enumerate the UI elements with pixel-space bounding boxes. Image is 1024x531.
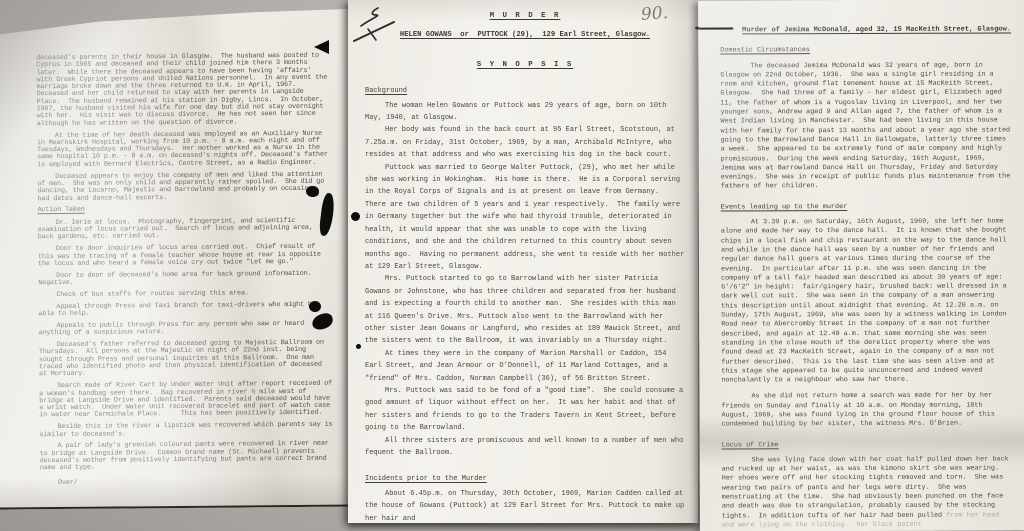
paragraph: At 3.30 p.m. on Saturday, 16th August, 1… <box>721 218 1015 386</box>
section-heading-action-taken: Action Taken <box>38 205 332 215</box>
section-heading-locus: Locus of Crime <box>722 440 1015 450</box>
pencil-scribble-icon <box>348 2 400 52</box>
page-footer-over: Over/ <box>40 477 334 487</box>
left-page: deceased's parents in their house in Gla… <box>0 8 370 509</box>
paragraph: Deceased appears to enjoy the company of… <box>37 171 331 203</box>
document-scan-background: deceased's parents in their house in Gla… <box>0 0 1024 531</box>
paragraph: Dr. Imrie at locus. Photography, fingerp… <box>38 217 332 241</box>
synopsis-heading: S Y N O P S I S <box>365 59 685 71</box>
paragraph: Deceased's father referred to deceased g… <box>39 340 333 379</box>
paragraph: Appeals to public through Press for any … <box>39 321 333 338</box>
middle-page: M U R D E R HELEN GOWANS or PUTTOCK (29)… <box>348 0 698 523</box>
section-heading-incidents: Incidents prior to the Murder <box>365 473 685 485</box>
document-title-murder: M U R D E R <box>365 10 685 22</box>
paragraph: The woman Helen Gowans or Puttock was 29… <box>365 100 685 125</box>
paragraph: Appeal through Press and Taxi branch for… <box>38 301 332 318</box>
paragraph: Check of bus staffs for routes serving t… <box>38 290 332 300</box>
paragraph: The deceased Jemima McDonald was 32 year… <box>720 61 1013 192</box>
ink-blot <box>351 212 360 221</box>
paragraph: Mrs. Puttock was said to be fond of a "g… <box>365 385 685 435</box>
right-page: Murder of Jemima McDonald, aged 32, 15 M… <box>698 0 1024 531</box>
paragraph: A pair of lady's greenish coloured pants… <box>40 441 334 473</box>
paragraph: Puttock was married to George Walter Put… <box>365 162 685 274</box>
handwritten-page-number: 90. <box>641 7 669 21</box>
paragraph: Door to door of deceased's home area for… <box>38 270 332 287</box>
paragraph: About 6.45p.m. on Thursday, 30th October… <box>365 488 685 525</box>
paragraph: Mrs. Puttock started to go to Barrowland… <box>365 273 685 347</box>
section-heading-events: Events leading up to the murder <box>721 202 1014 212</box>
ink-blot <box>306 186 319 197</box>
paragraph: At the time of her death deceased was em… <box>37 130 331 169</box>
paragraph: Beside this in the river a lipstick was … <box>39 422 333 439</box>
section-heading-domestic: Domestic Circumstances <box>720 46 1013 56</box>
ink-blot <box>356 344 361 349</box>
paragraph: Door to door inquiries of locus area car… <box>38 244 332 268</box>
section-heading-background: Background <box>365 85 685 97</box>
paragraph: At times they were in the company of Mar… <box>365 348 685 385</box>
paragraph: All three sisters are promiscuous and we… <box>365 435 685 460</box>
ink-blot <box>309 301 321 312</box>
document-subtitle-victim: HELEN GOWANS or PUTTOCK (29), 129 Earl S… <box>365 29 685 41</box>
paragraph: Search made of River Cart by Under Water… <box>39 381 333 420</box>
title-pointer-line <box>699 27 733 29</box>
paragraph: She was lying face down with her coat ha… <box>722 455 1015 530</box>
title-pointer-dot <box>695 27 699 30</box>
paragraph: deceased's parents in their house in Gla… <box>36 53 331 129</box>
paragraph-text: She was lying face down with her coat ha… <box>722 455 1013 520</box>
document-title-mcdonald: Murder of Jemima McDonald, aged 32, 15 M… <box>742 25 1013 35</box>
paragraph: Her body was found in the back court at … <box>365 124 685 161</box>
paragraph: As she did not return home a search was … <box>721 392 1014 430</box>
arrow-mark-icon <box>314 40 329 54</box>
